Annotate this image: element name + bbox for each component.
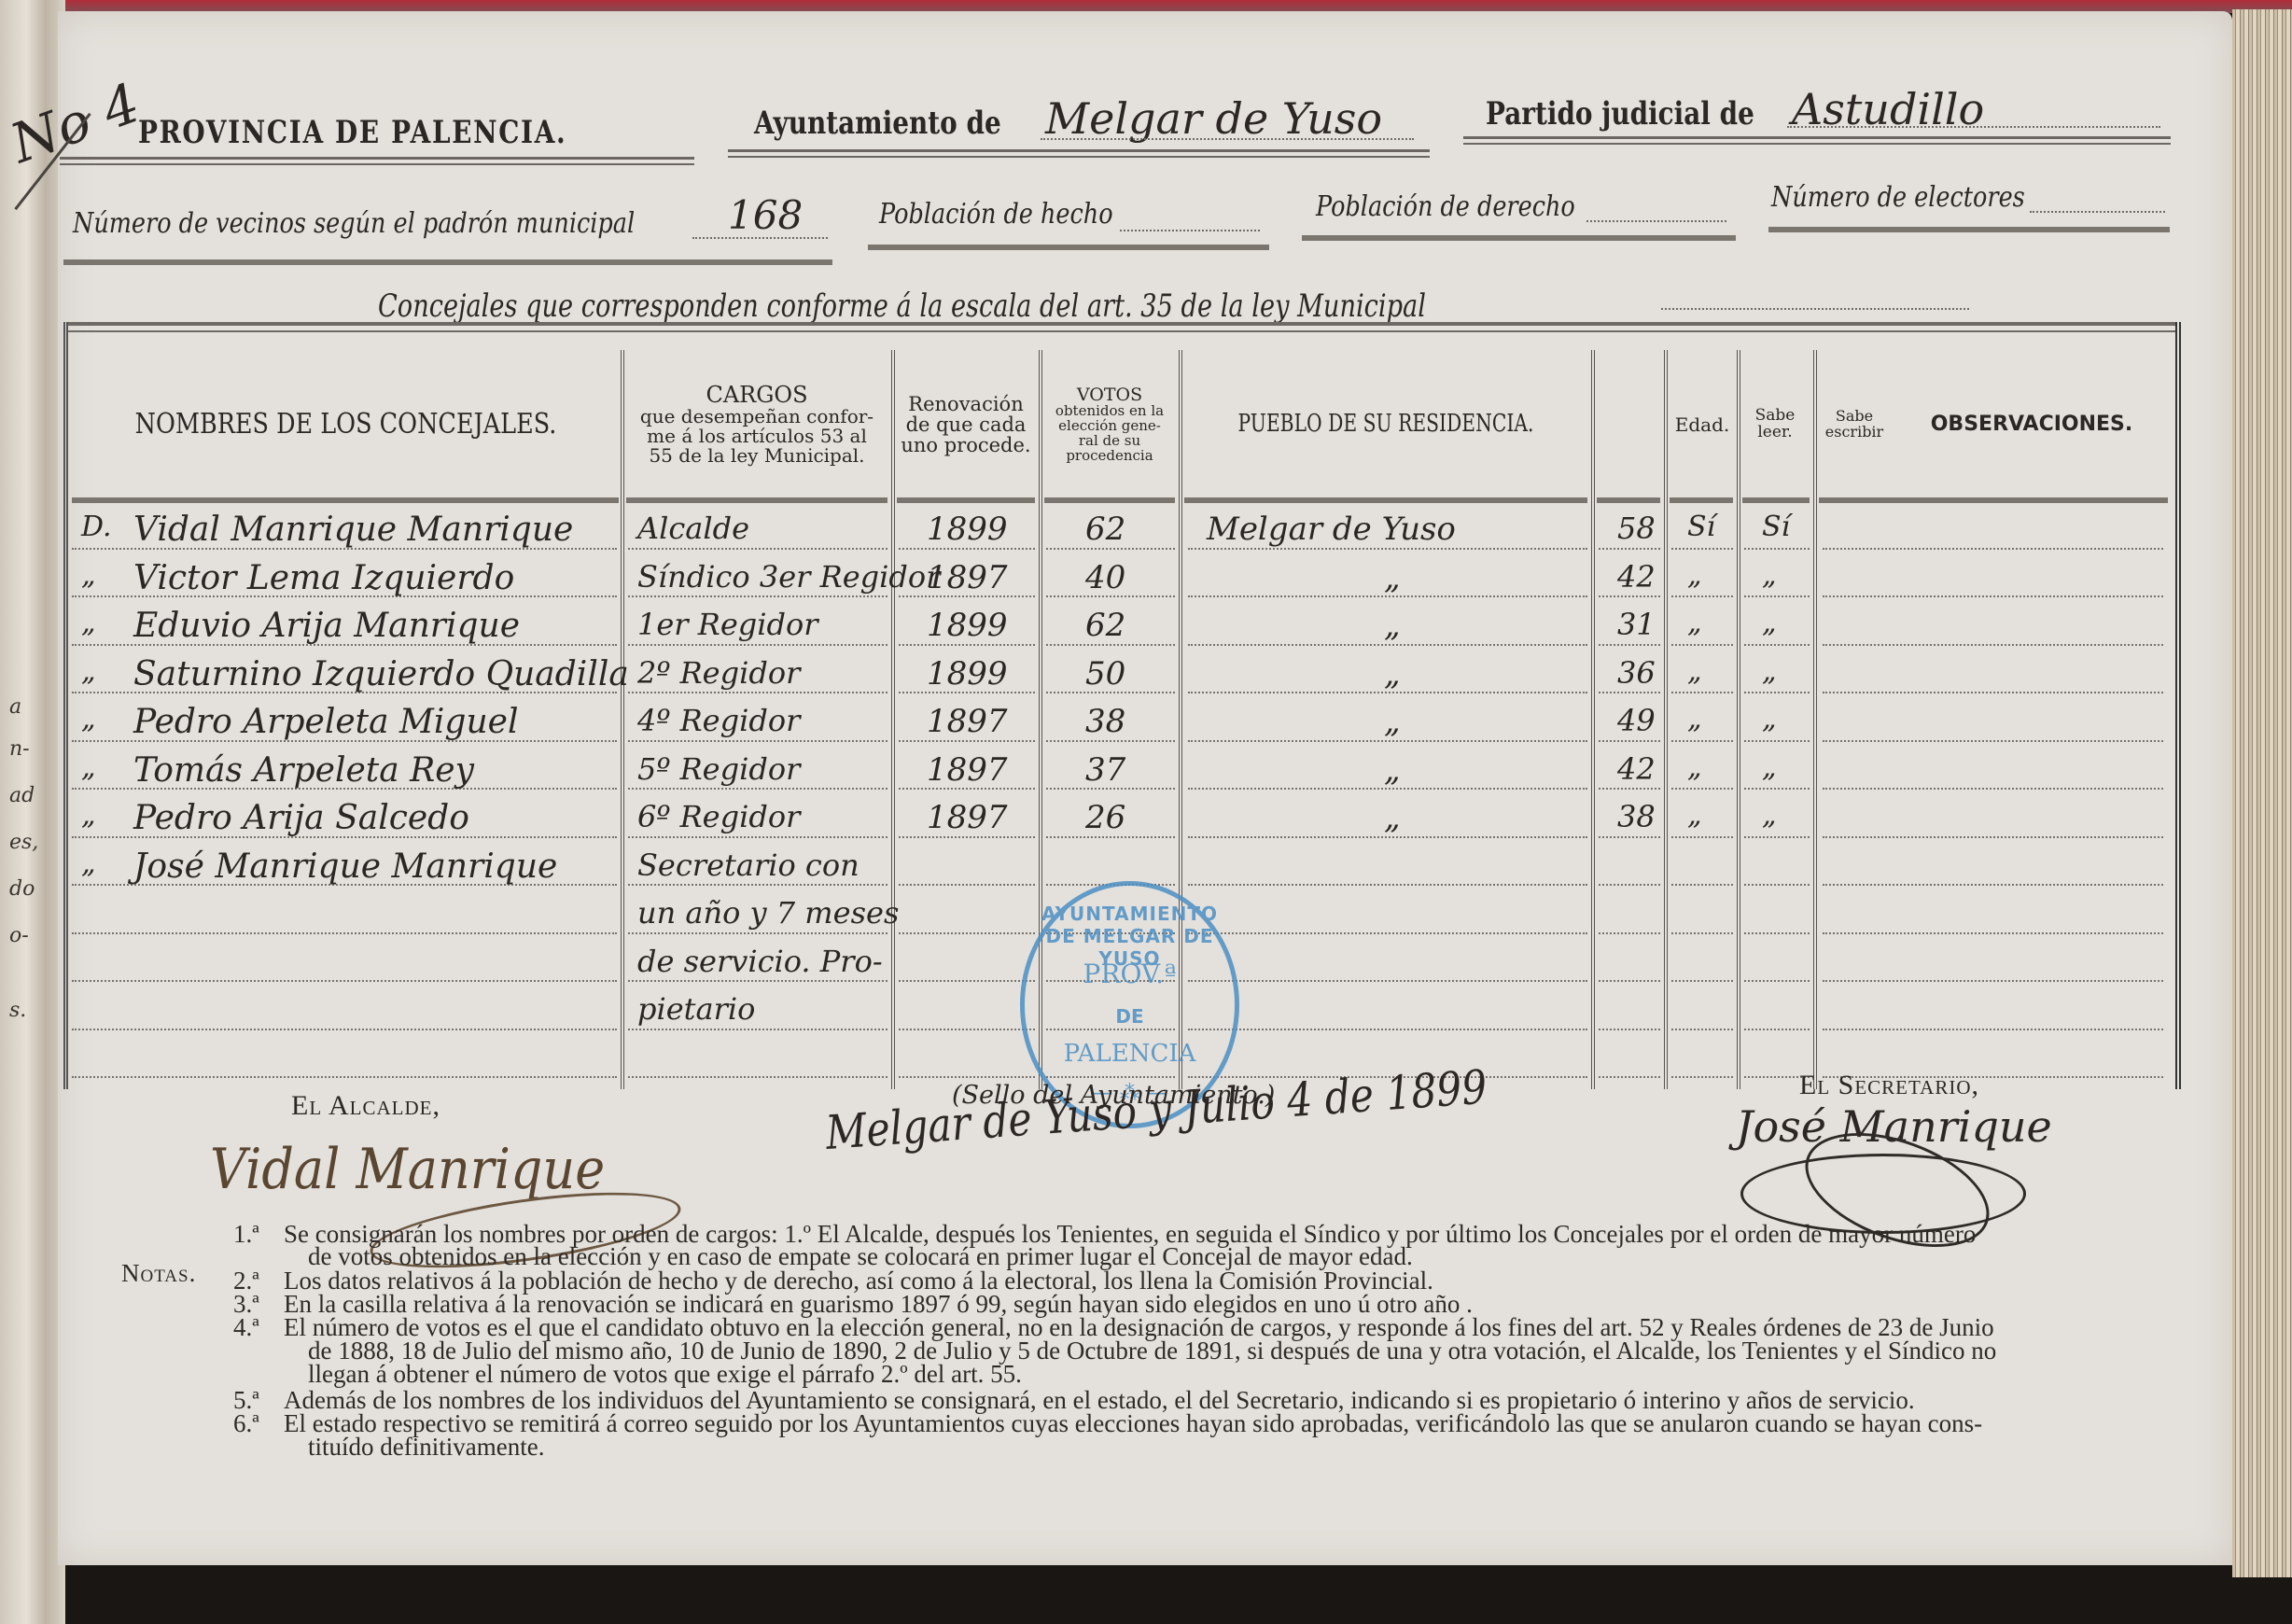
row-dotted-line — [1671, 932, 1733, 934]
row-dotted-line — [72, 1029, 617, 1030]
col-divider — [1813, 350, 1817, 1089]
col-divider — [1664, 350, 1668, 1089]
row-dotted-line — [1823, 932, 2163, 934]
row-dotted-line — [1671, 1029, 1733, 1030]
row-dotted-line — [1599, 595, 1660, 597]
header-votos: VOTOS obtenidos en la elección gene- ral… — [1044, 350, 1175, 499]
row-dotted-line — [1744, 740, 1810, 742]
row-dotted-line — [1823, 980, 2163, 982]
row-dotted-line — [1744, 692, 1810, 693]
cell-edad: 38 — [1617, 799, 1656, 834]
cell-renovacion: 1897 — [927, 799, 1008, 836]
cell-votos: 38 — [1085, 703, 1125, 740]
cell-renovacion: 1897 — [927, 559, 1008, 596]
note-number: 5.ª — [233, 1389, 284, 1412]
row-dotted-line — [1823, 692, 2163, 693]
cell-edad: 49 — [1617, 703, 1656, 738]
row-dotted-line — [1599, 788, 1660, 790]
row-dotted-line — [1823, 836, 2163, 838]
cell-cargo: 2º Regidor — [637, 655, 800, 691]
ayuntamiento-value: Melgar de Yuso — [1045, 93, 1382, 144]
cell-nombre: Pedro Arpeleta Miguel — [133, 703, 518, 741]
cell-votos: 62 — [1085, 607, 1125, 644]
cell-edad: 31 — [1617, 607, 1656, 642]
fragment: ad — [9, 784, 35, 807]
rule — [1463, 136, 2171, 145]
cell-cargo: 6º Regidor — [637, 799, 800, 834]
cell-renovacion: 1897 — [927, 703, 1008, 740]
province-heading: PROVINCIA DE PALENCIA. — [138, 114, 566, 151]
row-dotted-line — [1823, 595, 2163, 597]
header-votos-sub: obtenidos en la elección gene- ral de su… — [1052, 404, 1168, 463]
row-dotted-line — [1671, 884, 1733, 886]
row-dotted-line — [628, 740, 887, 742]
cell-votos: 37 — [1085, 751, 1125, 789]
cell-pueblo: „ — [1384, 607, 1401, 644]
left-page-fragments: a n- ad es, do o- s. — [7, 0, 58, 1624]
rule — [1302, 235, 1736, 241]
cell-cargo: de servicio. Pro- — [637, 944, 883, 979]
row-dotted-line — [1671, 644, 1733, 646]
cell-leer: „ — [1687, 655, 1702, 688]
cell-escribir: Sí — [1762, 511, 1790, 543]
partido-label: Partido judicial de — [1486, 95, 1754, 133]
note-5: 5.ªAdemás de los nombres de los individu… — [233, 1389, 1915, 1412]
col-divider — [1591, 350, 1595, 1089]
rule — [63, 259, 832, 265]
rule — [868, 245, 1269, 250]
cell-prefix: „ — [81, 799, 96, 832]
cell-cargo: Secretario con — [637, 847, 859, 883]
note-text: de 1888, 18 de Julio del mismo año, 10 d… — [308, 1339, 1996, 1363]
row-dotted-line — [1599, 1029, 1660, 1030]
rule — [728, 149, 1430, 158]
cell-pueblo: Melgar de Yuso — [1207, 511, 1456, 548]
row-dotted-line — [1671, 1076, 1733, 1078]
page-stack-edge — [2232, 9, 2292, 1577]
cell-votos: 62 — [1085, 511, 1125, 548]
row-dotted-line — [1823, 788, 2163, 790]
header-cargos: CARGOS que desempeñan confor- me á los a… — [626, 350, 887, 499]
row-dotted-line — [1671, 740, 1733, 742]
row-dotted-line — [628, 884, 887, 886]
col-divider — [1737, 350, 1740, 1089]
fragment: s. — [9, 999, 26, 1022]
row-dotted-line — [1823, 884, 2163, 886]
header-cargos-title: CARGOS — [706, 384, 807, 407]
cell-votos: 26 — [1085, 799, 1125, 836]
note-number: 1.ª — [233, 1223, 284, 1246]
cell-nombre: Vidal Manrique Manrique — [133, 511, 573, 549]
cell-nombre: Eduvio Arija Manrique — [133, 607, 520, 645]
row-dotted-line — [1599, 740, 1660, 742]
row-dotted-line — [1599, 548, 1660, 550]
row-dotted-line — [628, 595, 887, 597]
header-edad: Edad. — [1670, 350, 1735, 499]
cell-escribir: „ — [1762, 799, 1777, 832]
cell-leer: „ — [1687, 751, 1702, 784]
table-top-rule — [68, 322, 2175, 332]
row-dotted-line — [1744, 932, 1810, 934]
header-rule — [897, 497, 1035, 503]
fragment: do — [9, 877, 35, 901]
row-dotted-line — [899, 1029, 1035, 1030]
row-dotted-line — [1188, 1029, 1587, 1030]
cell-leer: „ — [1687, 703, 1702, 735]
vecinos-dotted-line — [692, 237, 828, 239]
header-sabe-escribir: Sabe escribir — [1819, 350, 1890, 499]
header-rule — [1742, 497, 1810, 503]
fragment: a — [9, 695, 21, 719]
note-6: 6.ªEl estado respectivo se remitirá á co… — [233, 1412, 1982, 1435]
cell-edad: 58 — [1617, 511, 1656, 546]
cell-leer: „ — [1687, 799, 1702, 832]
row-dotted-line — [1823, 740, 2163, 742]
row-dotted-line — [1599, 836, 1660, 838]
header-cargos-sub: que desempeñan confor- me á los artículo… — [636, 407, 878, 466]
row-dotted-line — [1599, 980, 1660, 982]
cell-cargo: 1er Regidor — [637, 607, 818, 642]
row-dotted-line — [1188, 980, 1587, 982]
row-dotted-line — [899, 1076, 1035, 1078]
concejales-label: Concejales que corresponden conforme á l… — [378, 287, 1426, 325]
row-dotted-line — [72, 932, 617, 934]
cell-renovacion: 1899 — [927, 607, 1008, 644]
cell-votos: 50 — [1085, 655, 1125, 693]
cell-edad: 42 — [1617, 559, 1656, 595]
cell-renovacion: 1899 — [927, 655, 1008, 693]
row-dotted-line — [1671, 692, 1733, 693]
cell-prefix: „ — [81, 847, 96, 880]
cell-cargo: 4º Regidor — [637, 703, 800, 738]
row-dotted-line — [1744, 548, 1810, 550]
fragment: es, — [9, 831, 38, 854]
concejales-field[interactable] — [1661, 308, 1969, 310]
cell-nombre: Victor Lema Izquierdo — [133, 559, 514, 597]
row-dotted-line — [899, 884, 1035, 886]
row-dotted-line — [628, 1076, 887, 1078]
row-dotted-line — [1599, 1076, 1660, 1078]
row-dotted-line — [628, 836, 887, 838]
cell-edad: 36 — [1617, 655, 1656, 691]
cell-cargo: 5º Regidor — [637, 751, 800, 787]
note-number: 4.ª — [233, 1316, 284, 1339]
row-dotted-line — [1744, 980, 1810, 982]
electores-label: Número de electores — [1771, 181, 2025, 214]
cell-edad: 42 — [1617, 751, 1656, 787]
cell-leer: „ — [1687, 559, 1702, 592]
row-dotted-line — [1744, 788, 1810, 790]
header-nombres: NOMBRES DE LOS CONCEJALES. — [118, 350, 574, 499]
row-dotted-line — [1744, 884, 1810, 886]
seal-line-2: DE — [1025, 1005, 1235, 1028]
header-renovacion: Renovación de que cada uno procede. — [897, 350, 1035, 499]
row-dotted-line — [1744, 595, 1810, 597]
cell-pueblo: „ — [1384, 559, 1401, 596]
row-dotted-line — [1744, 644, 1810, 646]
note-number: 2.ª — [233, 1269, 284, 1293]
cell-escribir: „ — [1762, 559, 1777, 592]
row-dotted-line — [628, 548, 887, 550]
note-3: 3.ªEn la casilla relativa á la renovació… — [233, 1293, 1473, 1316]
poblacion-hecho-field[interactable] — [1120, 230, 1260, 231]
cell-escribir: „ — [1762, 607, 1777, 639]
partido-dotted-line — [1787, 126, 2160, 128]
cell-cargo: un año y 7 meses — [637, 895, 885, 931]
cell-renovacion: 1897 — [927, 751, 1008, 789]
cell-prefix: „ — [81, 751, 96, 784]
cell-cargo: pietario — [637, 991, 755, 1027]
rule — [1768, 227, 2170, 232]
notes-label: Notas. — [121, 1262, 196, 1285]
secretario-label: El Secretario, — [1799, 1070, 1979, 1101]
cell-escribir: „ — [1762, 751, 1777, 784]
cell-leer: „ — [1687, 607, 1702, 639]
note-number: 3.ª — [233, 1293, 284, 1316]
cell-nombre: Tomás Arpeleta Rey — [133, 751, 474, 790]
note-text: llegan á obtener el número de votos que … — [308, 1363, 1022, 1386]
row-dotted-line — [899, 932, 1035, 934]
row-dotted-line — [628, 692, 887, 693]
cell-nombre: Saturnino Izquierdo Quadilla — [133, 655, 614, 693]
row-dotted-line — [1823, 1029, 2163, 1030]
cell-cargo: Síndico 3er Regidor — [637, 559, 885, 595]
header-rule — [1819, 497, 2168, 503]
cell-prefix: „ — [81, 703, 96, 735]
header-pueblo: PUEBLO DE SU RESIDENCIA. — [1229, 350, 1544, 499]
cell-escribir: „ — [1762, 655, 1777, 688]
row-dotted-line — [1744, 1029, 1810, 1030]
row-dotted-line — [1599, 692, 1660, 693]
electores-field[interactable] — [2030, 211, 2165, 213]
row-dotted-line — [1599, 884, 1660, 886]
cell-leer: Sí — [1687, 511, 1715, 543]
seal-line-3: PALENCIA — [1025, 1040, 1235, 1068]
row-dotted-line — [1744, 836, 1810, 838]
vecinos-label: Número de vecinos según el padrón munici… — [73, 207, 635, 240]
cell-nombre: José Manrique Manrique — [133, 847, 557, 886]
row-dotted-line — [72, 980, 617, 982]
row-dotted-line — [1188, 932, 1587, 934]
cell-renovacion: 1899 — [927, 511, 1008, 548]
poblacion-derecho-label: Población de derecho — [1316, 190, 1575, 223]
row-dotted-line — [1671, 836, 1733, 838]
note-text: tituído definitivamente. — [308, 1435, 544, 1459]
cell-votos: 40 — [1085, 559, 1125, 596]
cell-pueblo: „ — [1384, 703, 1401, 740]
row-dotted-line — [1823, 644, 2163, 646]
header-rule — [1044, 497, 1175, 503]
cell-prefix: „ — [81, 607, 96, 639]
header-votos-title: VOTOS — [1077, 386, 1142, 405]
header-rule — [1670, 497, 1733, 503]
row-dotted-line — [1671, 788, 1733, 790]
header-sabe-leer: Sabe leer. — [1742, 350, 1808, 499]
note-number: 6.ª — [233, 1412, 284, 1435]
cell-prefix: „ — [81, 655, 96, 688]
row-dotted-line — [1671, 548, 1733, 550]
ayuntamiento-dotted-line — [1041, 138, 1414, 140]
cell-pueblo: „ — [1384, 799, 1401, 836]
note-4: 4.ªEl número de votos es el que el candi… — [233, 1316, 1994, 1339]
cell-pueblo: „ — [1384, 751, 1401, 789]
fragment: n- — [9, 737, 30, 761]
alcalde-signature: Vidal Manrique — [210, 1137, 605, 1202]
cell-cargo: Alcalde — [637, 511, 749, 546]
poblacion-derecho-field[interactable] — [1586, 220, 1726, 222]
header-rule — [626, 497, 887, 503]
row-dotted-line — [628, 1029, 887, 1030]
row-dotted-line — [628, 932, 887, 934]
row-dotted-line — [628, 644, 887, 646]
row-dotted-line — [1188, 884, 1587, 886]
rule — [60, 157, 694, 165]
cell-pueblo: „ — [1384, 655, 1401, 693]
cell-prefix: D. — [81, 511, 112, 543]
row-dotted-line — [1599, 932, 1660, 934]
header-rule — [72, 497, 619, 503]
col-divider — [891, 350, 895, 1089]
row-dotted-line — [899, 980, 1035, 982]
row-dotted-line — [1671, 595, 1733, 597]
row-dotted-line — [72, 1076, 617, 1078]
row-dotted-line — [1599, 644, 1660, 646]
header-observaciones: OBSERVACIONES. — [1895, 350, 2168, 499]
row-dotted-line — [1823, 548, 2163, 550]
col-divider — [621, 350, 624, 1089]
alcalde-label: El Alcalde, — [291, 1090, 440, 1122]
row-dotted-line — [1671, 980, 1733, 982]
row-dotted-line — [628, 788, 887, 790]
vecinos-value: 168 — [728, 192, 803, 238]
row-dotted-line — [628, 980, 887, 982]
cell-nombre: Pedro Arija Salcedo — [133, 799, 469, 837]
note-2: 2.ªLos datos relativos á la población de… — [233, 1269, 1433, 1293]
note-text: de votos obtenidos en la elección y en c… — [308, 1245, 1413, 1268]
cell-prefix: „ — [81, 559, 96, 592]
cell-escribir: „ — [1762, 703, 1777, 735]
ayuntamiento-label: Ayuntamiento de — [754, 105, 1001, 142]
seal-line-1: PROV.ª — [1025, 959, 1235, 989]
header-rule — [1597, 497, 1660, 503]
fragment: o- — [9, 924, 29, 947]
header-rule — [1184, 497, 1587, 503]
poblacion-hecho-label: Población de hecho — [879, 198, 1113, 231]
